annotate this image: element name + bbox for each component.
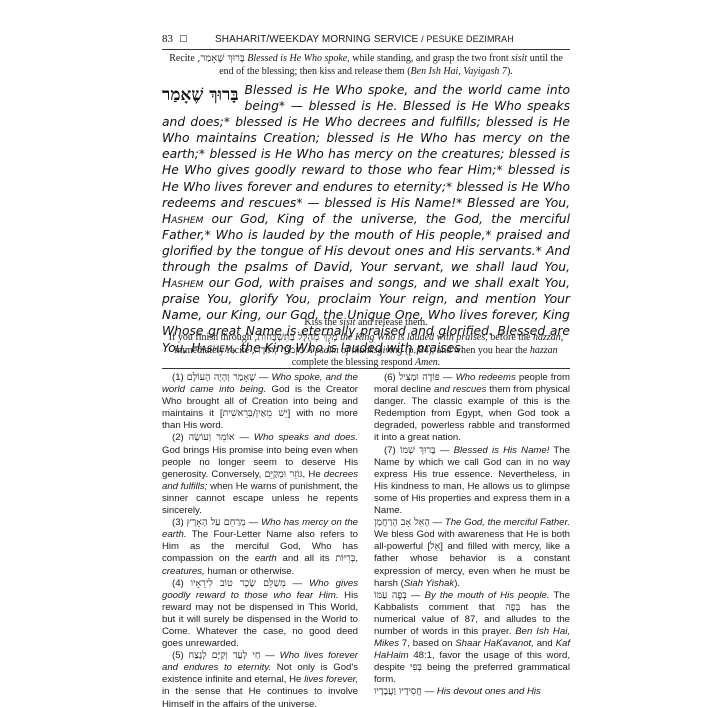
note-text: and [534,638,556,649]
instr-italic: sisit [339,317,355,328]
instr-text: immediately recite [174,345,249,356]
instr-italic: Blessed is He Who spoke, [247,53,349,64]
dash: — [239,432,249,443]
note-hebrew: מְשַׁלֵּם שָׂכָר טוֹב לִירֵאָיו [191,578,286,589]
instr-source: Ben Ish Hai, Vayigash 7 [411,66,507,77]
instr-text: before the [490,332,530,343]
instr-hebrew: מִזְמוֹר לְתוֹדָה, [252,345,304,356]
dash: — [259,372,269,383]
note-lemma: By the mouth of His people. [425,590,550,601]
note-hebrew: יֵשׁ מֵאַיִן/בְּרֵאשִׁית [223,408,288,419]
commentary-note: (6) פּוֹדֶה וּמַצִּיל — Who redeems peop… [374,372,570,445]
note-lemma: His devout ones and His [437,686,541,697]
note-hebrew: בְּרִיּוֹת [335,553,355,564]
commentary-note: (4) מְשַׁלֵּם שָׂכָר טוֹב לִירֵאָיו — Wh… [162,578,358,651]
note-number: (6) [384,372,396,383]
commentary-note: (1) שֶׁאָמַר וְהָיָה הָעוֹלָם — Who spok… [162,372,358,432]
dash: — [249,517,259,528]
instruction-top: Recite בָּרוּךְ שֶׁאָמַר, Blessed is He … [162,53,570,78]
header-divider [162,49,570,50]
note-number: (3) [172,517,184,528]
note-number: (2) [172,432,184,443]
note-text: in the sense that He continues to involv… [162,686,358,707]
instr-hebrew: מֶלֶךְ מְהֻלָּל בַּתִּשְׁבָּחוֹת, [254,332,337,343]
instr-text: Kiss the [304,317,337,328]
commentary-divider [162,368,570,369]
note-lemma: Who speaks and does. [254,432,358,443]
note-hebrew: בָּרוּךְ שְׁמוֹ [400,445,436,456]
note-hebrew: אוֹמֵר וְעוֹשֶׂה [189,432,235,443]
commentary-left-column: (1) שֶׁאָמַר וְהָיָה הָעוֹלָם — Who spok… [162,372,358,707]
commentary-note: (2) אוֹמֵר וְעוֹשֶׂה — Who speaks and do… [162,432,358,517]
dash: — [411,590,421,601]
siddur-page: 83 SHAHARIT/WEEKDAY MORNING SERVICE / PE… [162,0,570,707]
divine-name: Hashem [162,212,203,226]
instr-text: (p. 84), and when you hear the [405,345,527,356]
note-lemma: lives forever, [304,674,358,685]
instr-italic: Amen. [415,357,440,368]
instr-italic: A psalm of thanksgiving [306,345,402,356]
instr-italic: the King Who is lauded with praises, [340,332,488,343]
section-title: PESUKE DEZIMRAH [426,34,514,44]
note-text: , [355,553,358,564]
instr-text: while standing, and grasp the two front [352,53,508,64]
note-lemma: Blessed is His Name! [454,445,550,456]
note-hebrew: הָאֵל אָב הָרַחֲמָן [374,517,430,528]
note-text: and all its [277,553,336,564]
note-lemma: Who redeems [456,372,516,383]
note-hebrew: אֵל [430,541,440,552]
note-text: human or otherwise. [205,566,295,577]
note-lemma: and rescues [434,384,486,395]
dash: — [440,445,450,456]
square-ornament-icon [180,35,187,42]
note-lemma: creatures, [162,566,205,577]
dash: — [265,650,275,661]
dash: — [293,578,303,589]
note-hebrew: חֲסִידָיו וַעֲבָדָיו [374,686,422,697]
note-hebrew: בְּפֶה עַמּוֹ [374,590,407,601]
prayer-part: our God, King of the universe, the God, … [162,212,570,274]
commentary-note: (3) מְרַחֵם עַל הָאָרֶץ — Who has mercy … [162,517,358,577]
note-number: (4) [172,578,184,589]
commentary-note: בְּפֶה עַמּוֹ — By the mouth of His peop… [374,590,570,687]
divine-name: Hashem [162,276,203,290]
header-separator: / [421,34,424,44]
note-number: (5) [172,650,184,661]
note-text: 7, based on [399,638,455,649]
service-title: SHAHARIT/WEEKDAY MORNING SERVICE [215,34,418,45]
instr-text: complete the blessing respond [292,357,413,368]
prayer-text: בָּרוּךְ שֶׁאָמַר Blessed is He Who spok… [162,82,570,356]
note-lemma: earth [255,553,277,564]
page-number: 83 [162,33,176,45]
header-title: SHAHARIT/WEEKDAY MORNING SERVICE / PESUK… [215,34,514,45]
instr-italic: hazzan, [533,332,563,343]
note-hebrew: חַי לָעַד וְקַיָּם לָנֶצַח [189,650,261,661]
dash: — [433,517,443,528]
instr-hebrew: בָּרוּךְ שֶׁאָמַר, [197,53,244,64]
note-lemma: The God, the merciful Father. [445,517,570,528]
note-hebrew: גּוֹזֵר וּמְקַיֵּם [265,469,303,480]
instr-text: and release them. [358,317,428,328]
note-lemma: Shaar HaKavanot, [455,638,534,649]
prayer-opener-hebrew: בָּרוּךְ שֶׁאָמַר [162,82,239,108]
commentary: (1) שֶׁאָמַר וְהָיָה הָעוֹלָם — Who spok… [162,372,570,707]
instr-text: Recite [169,53,195,64]
note-lemma: Siah Yishak [404,578,454,589]
commentary-right-column: (6) פּוֹדֶה וּמַצִּיל — Who redeems peop… [374,372,570,707]
commentary-note: חֲסִידָיו וַעֲבָדָיו — His devout ones a… [374,686,570,698]
note-hebrew: מְרַחֵם עַל הָאָרֶץ [187,517,246,528]
commentary-note: הָאֵל אָב הָרַחֲמָן — The God, the merci… [374,517,570,590]
commentary-note: (5) חַי לָעַד וְקַיָּם לָנֶצַח — Who liv… [162,650,358,707]
note-text: ). [454,578,460,589]
dash: — [443,372,453,383]
note-hebrew: פּוֹדֶה וּמַצִּיל [399,372,440,383]
kiss-instruction: Kiss the sisit and release them. [162,317,570,328]
note-number: (1) [172,372,184,383]
instr-italic: sisit [511,53,527,64]
instr-italic: hazzan [530,345,558,356]
note-hebrew: בְּפִי [410,662,422,673]
note-hebrew: בְּפֶה [505,602,520,613]
dash: — [425,686,435,697]
commentary-note: (7) בָּרוּךְ שְׁמוֹ — Blessed is His Nam… [374,445,570,518]
note-text: , He [303,469,324,480]
running-header: 83 SHAHARIT/WEEKDAY MORNING SERVICE / PE… [162,33,570,47]
instr-text: If you finish through [169,332,252,343]
note-hebrew: שֶׁאָמַר וְהָיָה הָעוֹלָם [187,372,256,383]
finish-instruction: If you finish through מֶלֶךְ מְהֻלָּל בַ… [162,332,570,370]
note-number: (7) [384,445,396,456]
instr-text: ). [507,66,513,77]
